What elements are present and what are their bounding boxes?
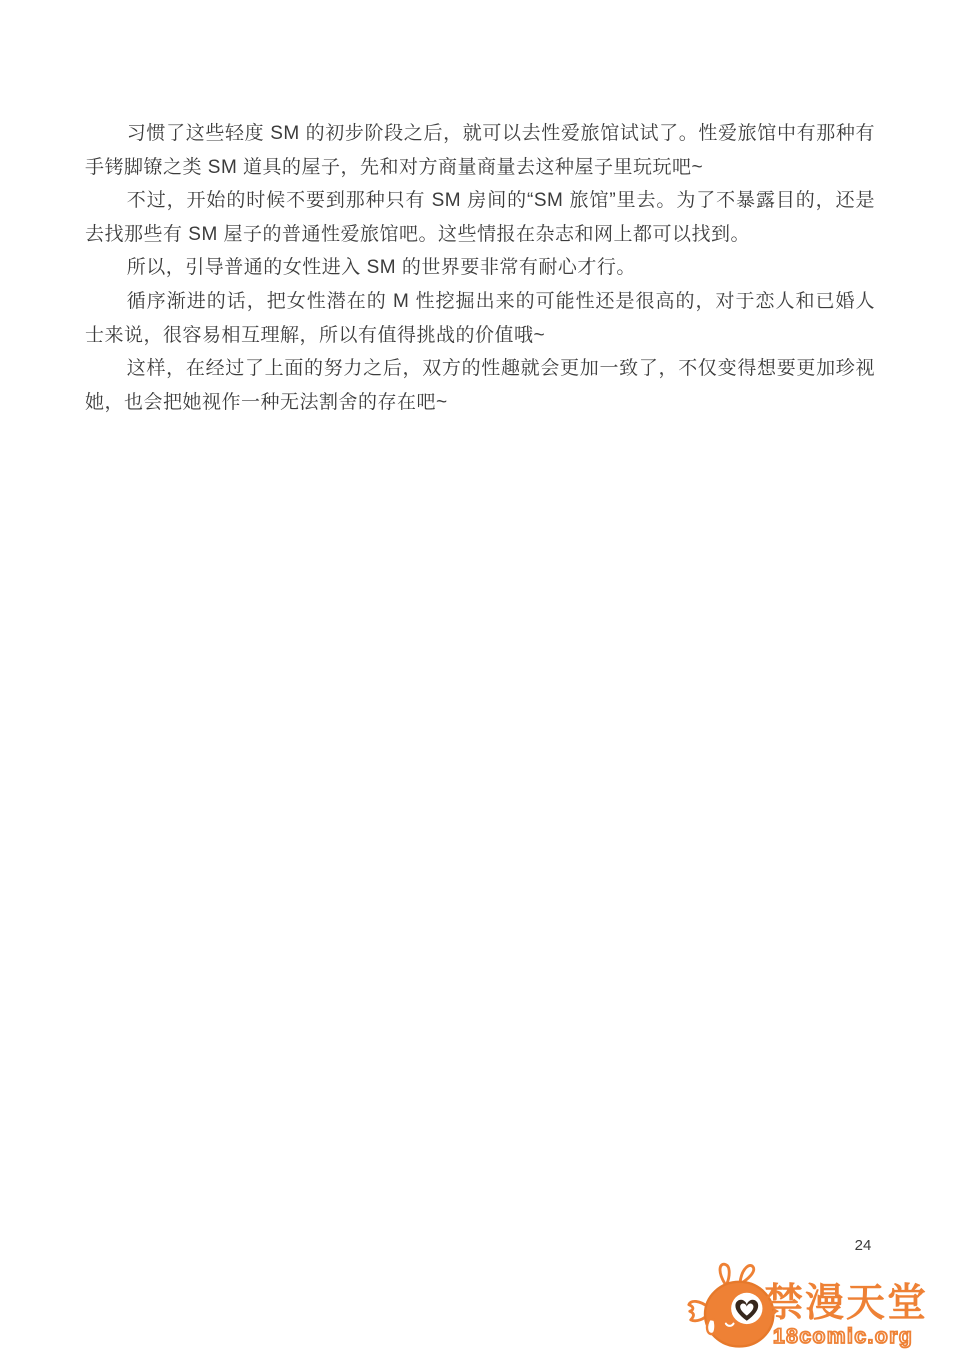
document-page: 习惯了这些轻度 SM 的初步阶段之后，就可以去性爱旅馆试试了。性爱旅馆中有那种有… [0, 0, 960, 1356]
page-number: 24 [845, 1237, 881, 1254]
paragraph-4: 循序渐进的话，把女性潜在的 M 性挖掘出来的可能性还是很高的，对于恋人和已婚人士… [85, 285, 875, 352]
brand-url: 18comic.org [773, 1326, 913, 1347]
body-text: 习惯了这些轻度 SM 的初步阶段之后，就可以去性爱旅馆试试了。性爱旅馆中有那种有… [85, 117, 875, 419]
paragraph-5: 这样，在经过了上面的努力之后，双方的性趣就会更加一致了，不仅变得想要更加珍视她，… [85, 352, 875, 419]
paragraph-1: 习惯了这些轻度 SM 的初步阶段之后，就可以去性爱旅馆试试了。性爱旅馆中有那种有… [85, 117, 875, 184]
brand-name: 禁漫天堂 [764, 1284, 928, 1323]
paragraph-3: 所以，引导普通的女性进入 SM 的世界要非常有耐心才行。 [85, 251, 875, 285]
site-watermark: 禁漫天堂 18comic.org [686, 1258, 942, 1356]
paragraph-2: 不过，开始的时候不要到那种只有 SM 房间的“SM 旅馆”里去。为了不暴露目的，… [85, 184, 875, 251]
